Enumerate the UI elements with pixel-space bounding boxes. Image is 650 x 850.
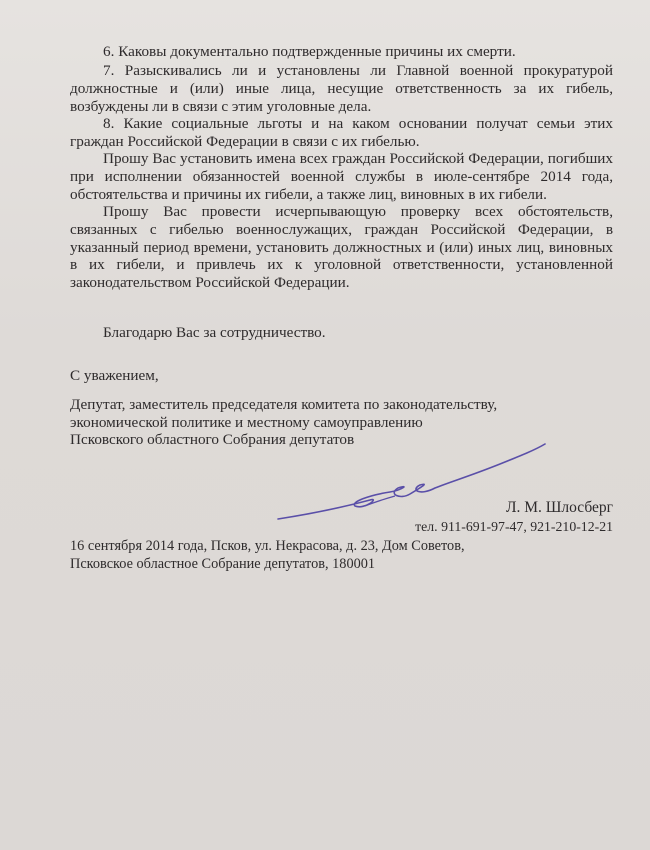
- request-paragraph-1: Прошу Вас установить имена всех граждан …: [70, 150, 613, 203]
- footer-address: 16 сентября 2014 года, Псков, ул. Некрас…: [70, 538, 465, 573]
- question-8: 8. Какие социальные льготы и на каком ос…: [70, 115, 613, 151]
- signer-phone: тел. 911-691-97-47, 921-210-12-21: [415, 519, 613, 535]
- signer-name: Л. М. Шлосберг: [506, 499, 613, 517]
- position-line-2: экономической политике и местному самоуп…: [70, 414, 497, 432]
- request-paragraph-2: Прошу Вас провести исчерпывающую проверк…: [70, 203, 613, 292]
- thanks-line: Благодарю Вас за сотрудничество.: [103, 324, 326, 342]
- footer-line-1: 16 сентября 2014 года, Псков, ул. Некрас…: [70, 538, 465, 556]
- question-6: 6. Каковы документально подтвержденные п…: [70, 43, 613, 61]
- closing-line: С уважением,: [70, 367, 159, 385]
- question-7: 7. Разыскивались ли и установлены ли Гла…: [70, 62, 613, 115]
- position-line-1: Депутат, заместитель председателя комите…: [70, 396, 497, 414]
- document-page: 6. Каковы документально подтвержденные п…: [0, 0, 650, 850]
- footer-line-2: Псковское областное Собрание депутатов, …: [70, 556, 465, 574]
